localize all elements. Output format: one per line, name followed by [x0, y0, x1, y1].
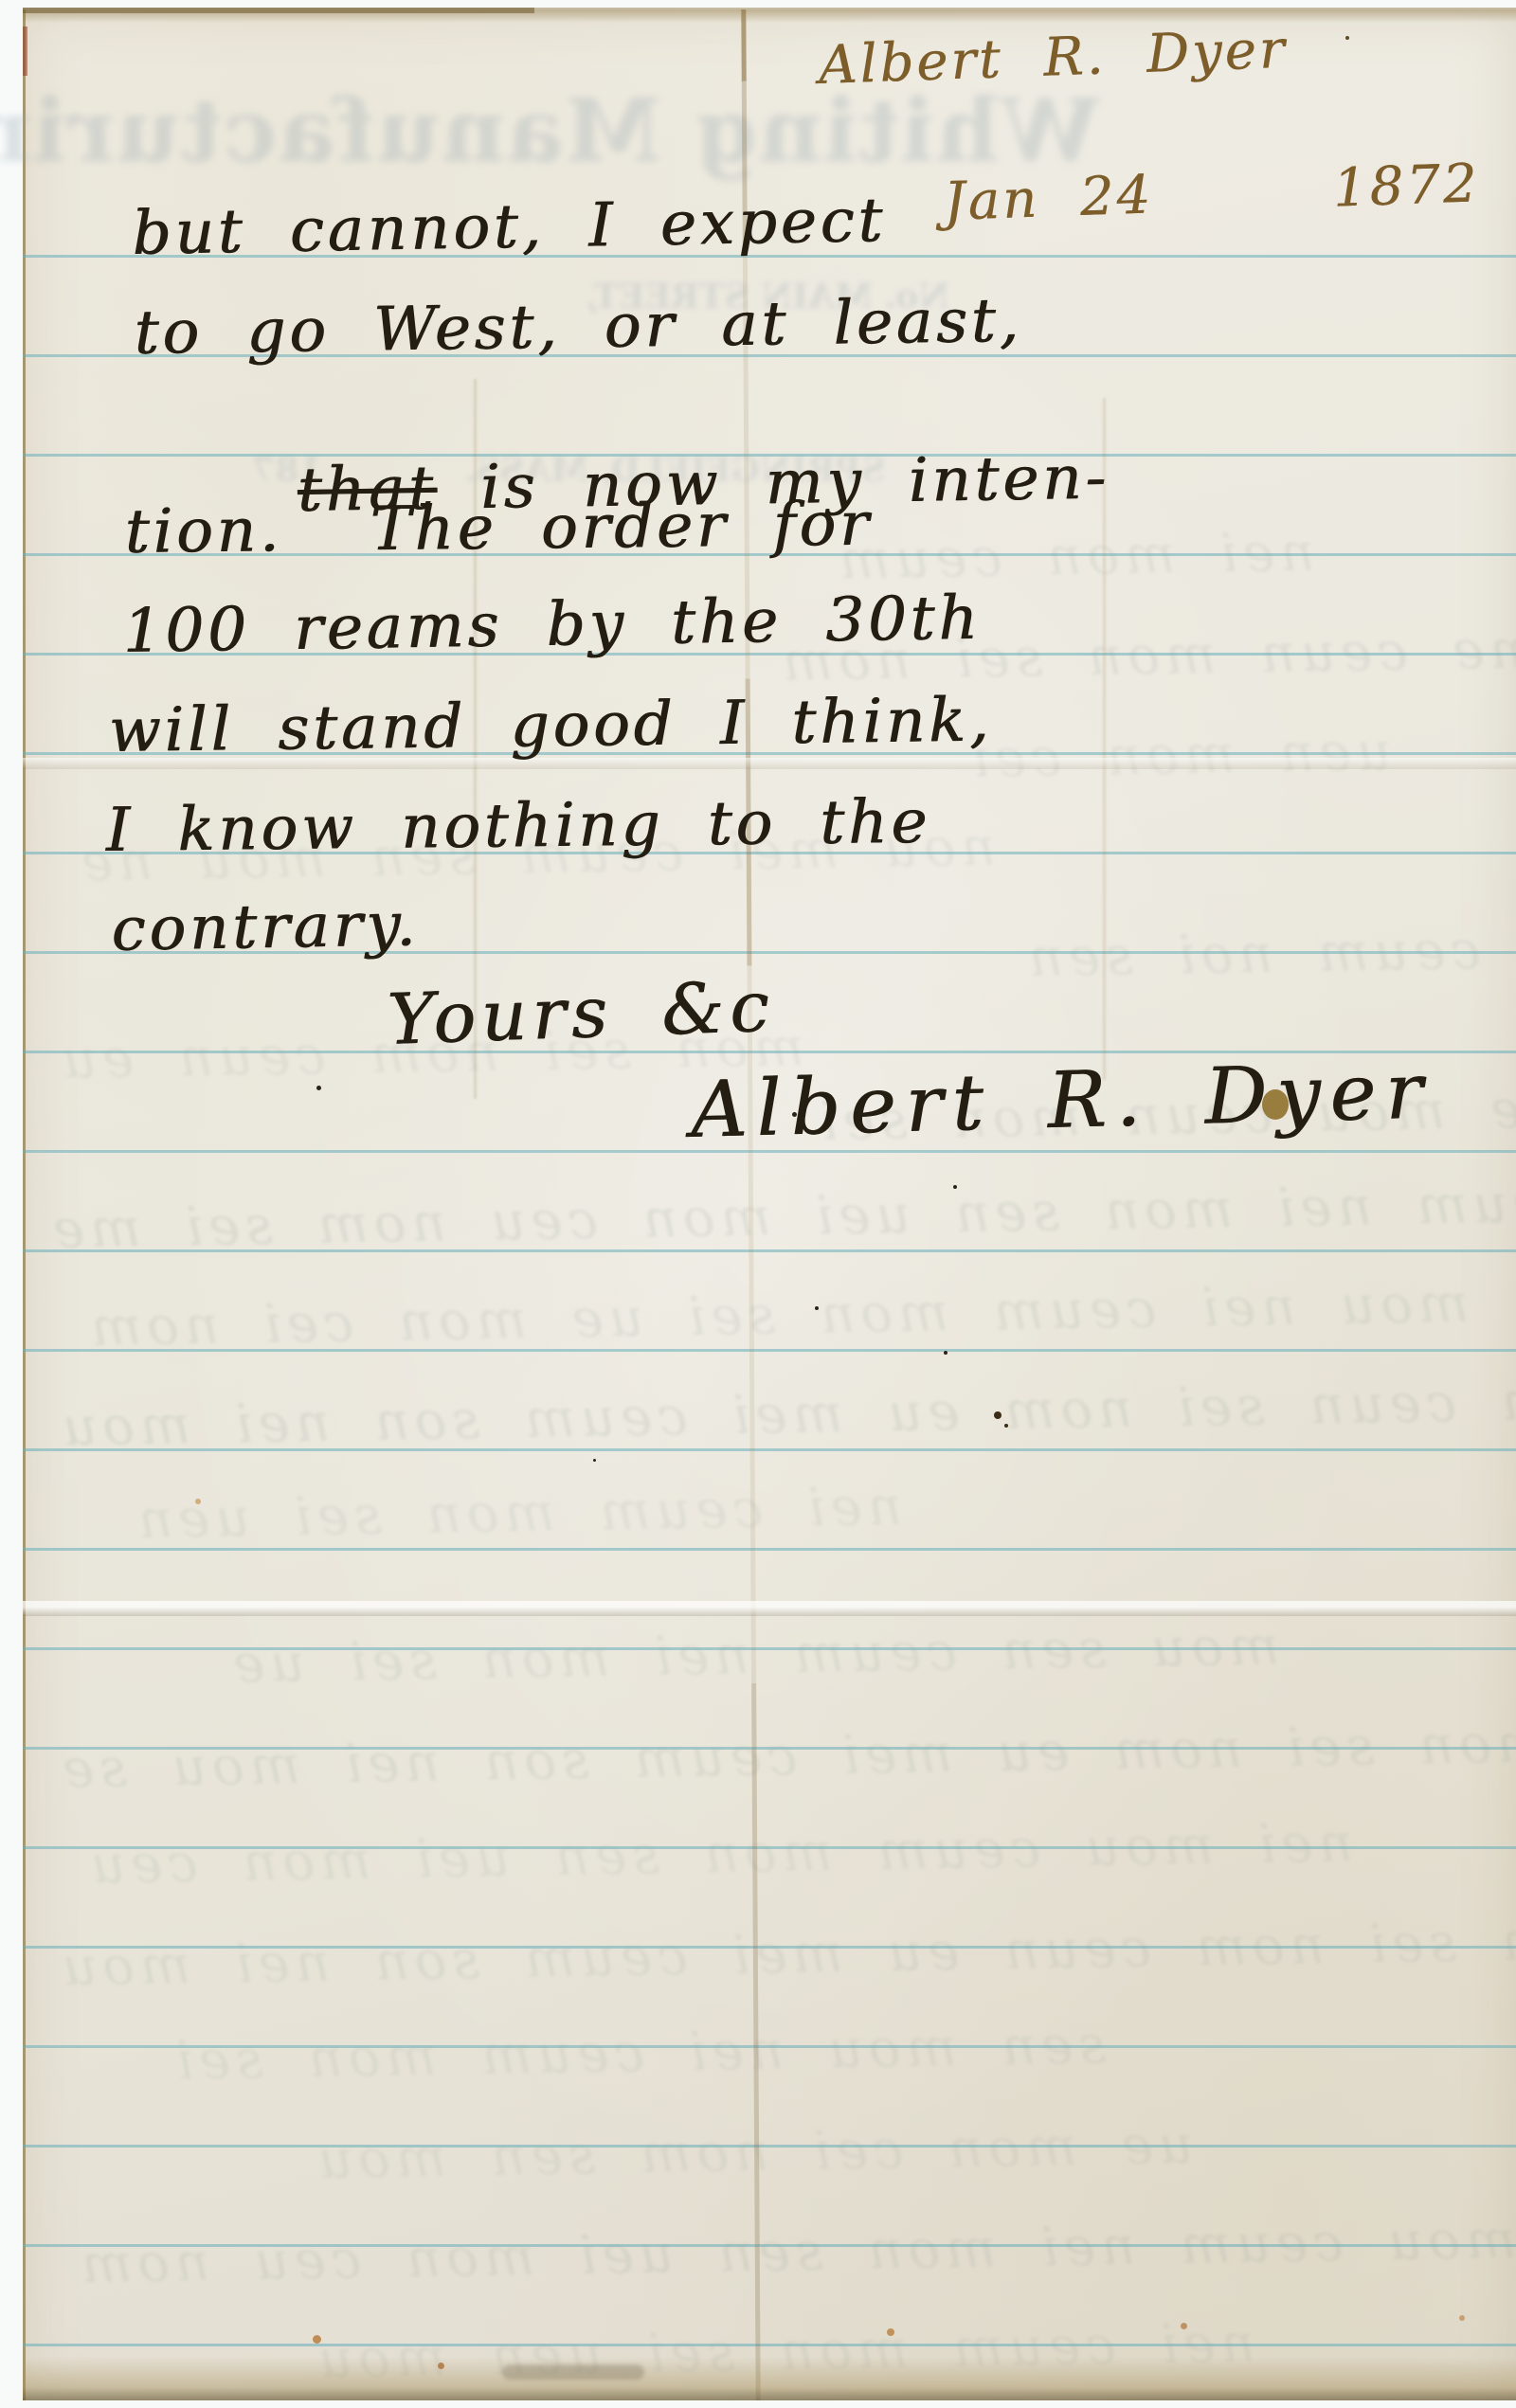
body-line-5: 100 reams by the 30th: [122, 588, 982, 662]
rust-spot: [1459, 2315, 1465, 2321]
body-line-1: but cannot, I expect: [132, 190, 887, 264]
annotation-date-gap: [1154, 207, 1334, 213]
letter-scan: Whiting Manufacturing Co. No. MAIN STREE…: [0, 0, 1516, 2408]
ghost-script-line: sen mou nei ceum mon sei: [171, 2019, 1107, 2088]
horizontal-fold-lower: [23, 1601, 1516, 1616]
rust-spot: [438, 2363, 444, 2369]
ghost-script-line: nei ceum mon sei uen: [133, 1481, 903, 1547]
body-line-2: to go West, or at least,: [134, 291, 1022, 364]
ink-speck: [1004, 1424, 1008, 1428]
signature: Albert R. Dyer: [690, 1053, 1433, 1150]
ghost-script-line: uen mon cei: [966, 726, 1392, 786]
bottom-smudge: [502, 2364, 644, 2380]
rust-spot: [313, 2335, 321, 2344]
rust-spot: [887, 2328, 894, 2336]
annotation-name: Albert R. Dyer: [818, 24, 1288, 93]
ink-speck: [815, 1306, 819, 1310]
rust-spot: [1181, 2323, 1187, 2329]
closing: Yours &c: [386, 972, 775, 1055]
torn-top-edge-dark-left: [23, 8, 534, 13]
ink-speck: [953, 1185, 957, 1189]
ink-speck: [792, 1112, 797, 1117]
body-line-7: I know nothing to the: [105, 792, 930, 861]
ink-speck: [593, 1459, 596, 1462]
ghost-script-line: ceum noi sen: [1023, 925, 1482, 985]
annotation-date-year: 1872: [1332, 153, 1481, 219]
bottom-tan-band: [23, 2357, 1516, 2400]
ink-speck: [944, 1351, 947, 1355]
rust-spot: [195, 1499, 201, 1504]
ink-speck: [1345, 36, 1349, 40]
ink-speck: [316, 1086, 321, 1090]
scan-artifact-red-sliver: [23, 27, 27, 76]
ink-speck: [994, 1411, 1002, 1419]
body-line-8: contrary.: [111, 894, 420, 961]
ghost-script-line: ue mon cei nom sen mou: [313, 2119, 1194, 2187]
body-line-4: tion. The order for: [124, 494, 872, 563]
annotation-date-day: Jan 24: [943, 164, 1154, 233]
body-line-6: will stand good I think,: [108, 691, 992, 762]
